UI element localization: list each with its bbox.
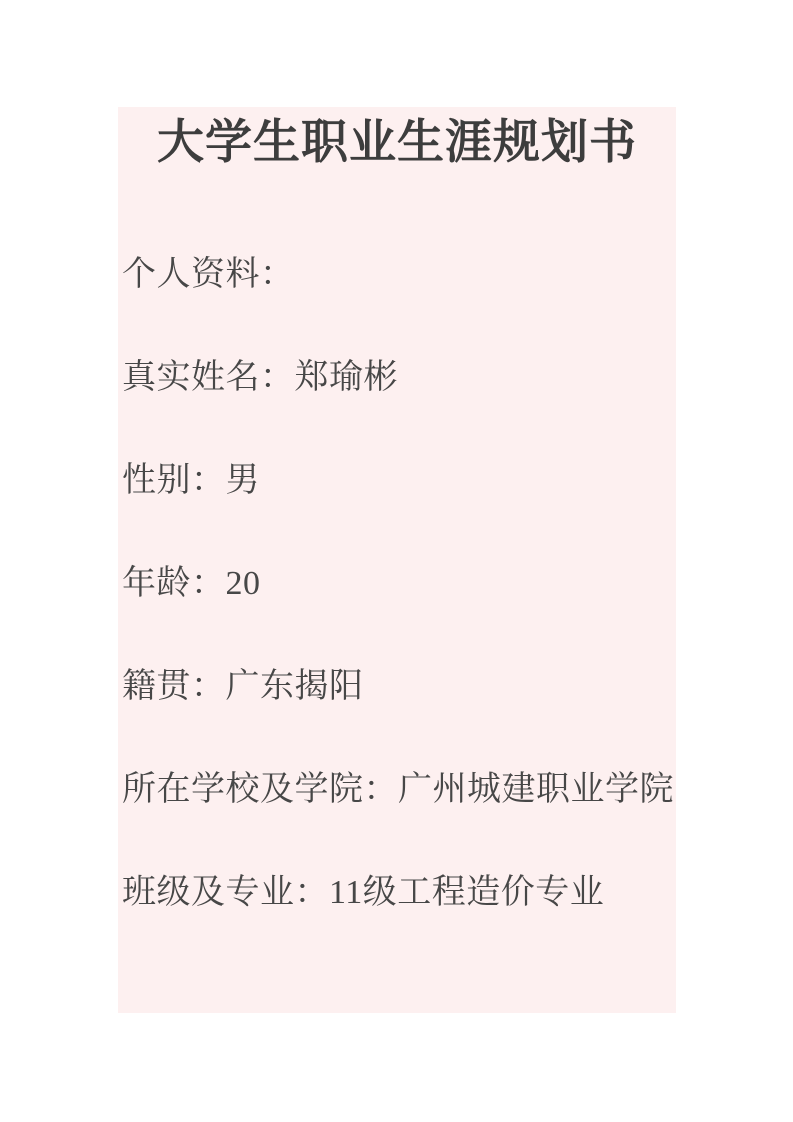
field-value: 男 [226,462,261,499]
field-label: 个人资料 [122,256,260,293]
field-value: 20 [226,565,261,602]
field-separator: ： [191,668,226,705]
field-label: 年龄 [122,565,191,602]
personal-info-section: 个人资料： 真实姓名：郑瑜彬 性别：男 年龄：20 籍贯：广东揭阳 所在学校及学… [118,255,676,913]
field-separator: ： [260,359,295,396]
field-label: 籍贯 [122,668,191,705]
field-separator: ： [364,771,399,808]
document-title: 大学生职业生涯规划书 [118,107,676,173]
field-separator: ： [260,256,295,293]
field-value: 广州城建职业学院 [398,771,674,808]
field-label: 班级及专业 [122,874,295,911]
field-value: 广东揭阳 [226,668,364,705]
info-line: 个人资料： [122,255,676,295]
field-label: 所在学校及学院 [122,771,364,808]
field-value: 11级工程造价专业 [329,874,604,911]
field-label: 性别 [122,462,191,499]
info-line: 性别：男 [122,461,676,501]
info-line: 年龄：20 [122,564,676,604]
field-label: 真实姓名 [122,359,260,396]
field-separator: ： [191,565,226,602]
content-panel: 大学生职业生涯规划书 个人资料： 真实姓名：郑瑜彬 性别：男 年龄：20 籍贯：… [118,107,676,1013]
info-line: 所在学校及学院：广州城建职业学院 [122,770,676,810]
field-value: 郑瑜彬 [295,359,399,396]
info-line: 班级及专业：11级工程造价专业 [122,873,676,913]
field-separator: ： [295,874,330,911]
info-line: 籍贯：广东揭阳 [122,667,676,707]
field-separator: ： [191,462,226,499]
document-page: 大学生职业生涯规划书 个人资料： 真实姓名：郑瑜彬 性别：男 年龄：20 籍贯：… [0,0,793,1122]
info-line: 真实姓名：郑瑜彬 [122,358,676,398]
